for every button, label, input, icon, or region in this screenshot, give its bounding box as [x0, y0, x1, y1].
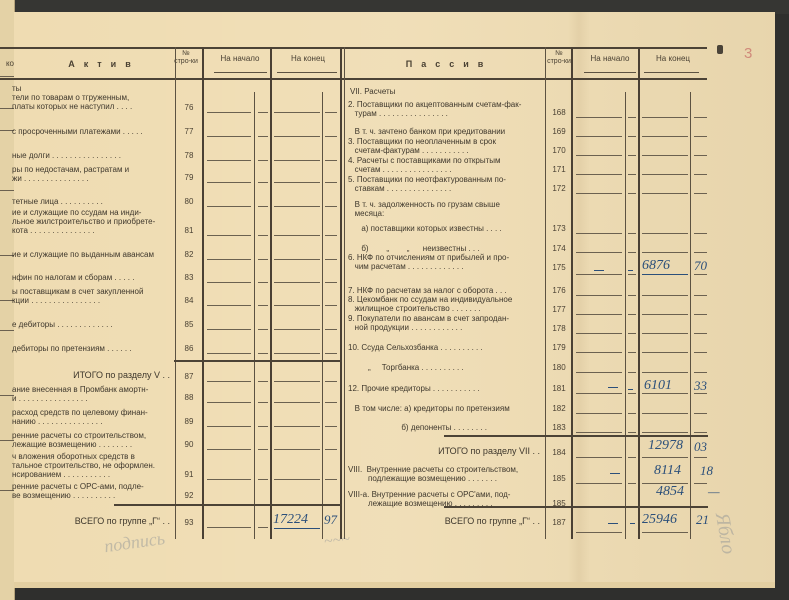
aktiv-header-start: На начало	[210, 54, 270, 63]
left-page-fragment: ко	[2, 59, 18, 68]
page-number: 3	[744, 45, 752, 62]
aktiv-header-rowno: № стро-ки	[174, 50, 198, 66]
ink-mark	[717, 45, 723, 54]
passiv-185-end-kop: 18	[700, 463, 713, 479]
passiv-total-end-kop: 21	[696, 512, 709, 528]
ledger-sheet: 3 ко Актив № стро-ки На начало На конец …	[14, 12, 775, 588]
passiv-185a-end-kop: —	[708, 484, 720, 500]
passiv-175-end-kop: 70	[694, 258, 707, 274]
passiv-header-rowno: № стро-ки	[546, 50, 572, 66]
passiv-184-end-rub: 12978	[648, 438, 683, 454]
margin-scribble: Ябло	[710, 511, 740, 556]
passiv-185-end-rub: 8114	[654, 463, 681, 479]
passiv-181-end-kop: 33	[694, 378, 707, 394]
passiv-181-end-rub: 6101	[644, 378, 672, 394]
aktiv-total-end-rub: 17224	[273, 512, 308, 528]
passiv-175-end-rub: 6876	[642, 258, 670, 274]
passiv-185a-end-rub: 4854	[656, 484, 684, 500]
signature-scribble-2: ~~~	[323, 531, 351, 552]
passiv-header-start: На начало	[580, 54, 640, 63]
passiv-184-end-kop: 03	[694, 439, 707, 455]
passiv-header-end: На конец	[642, 54, 704, 63]
signature-scribble: подпись	[103, 528, 166, 557]
aktiv-header-end: На конец	[276, 54, 340, 63]
passiv-section-title: VII. Расчеты	[350, 87, 540, 96]
aktiv-header-title: Актив	[34, 59, 174, 69]
passiv-total-end-rub: 25946	[642, 512, 677, 528]
passiv-header-title: Пассив	[354, 59, 544, 69]
aktiv-total-end-kop: 97	[324, 512, 337, 528]
